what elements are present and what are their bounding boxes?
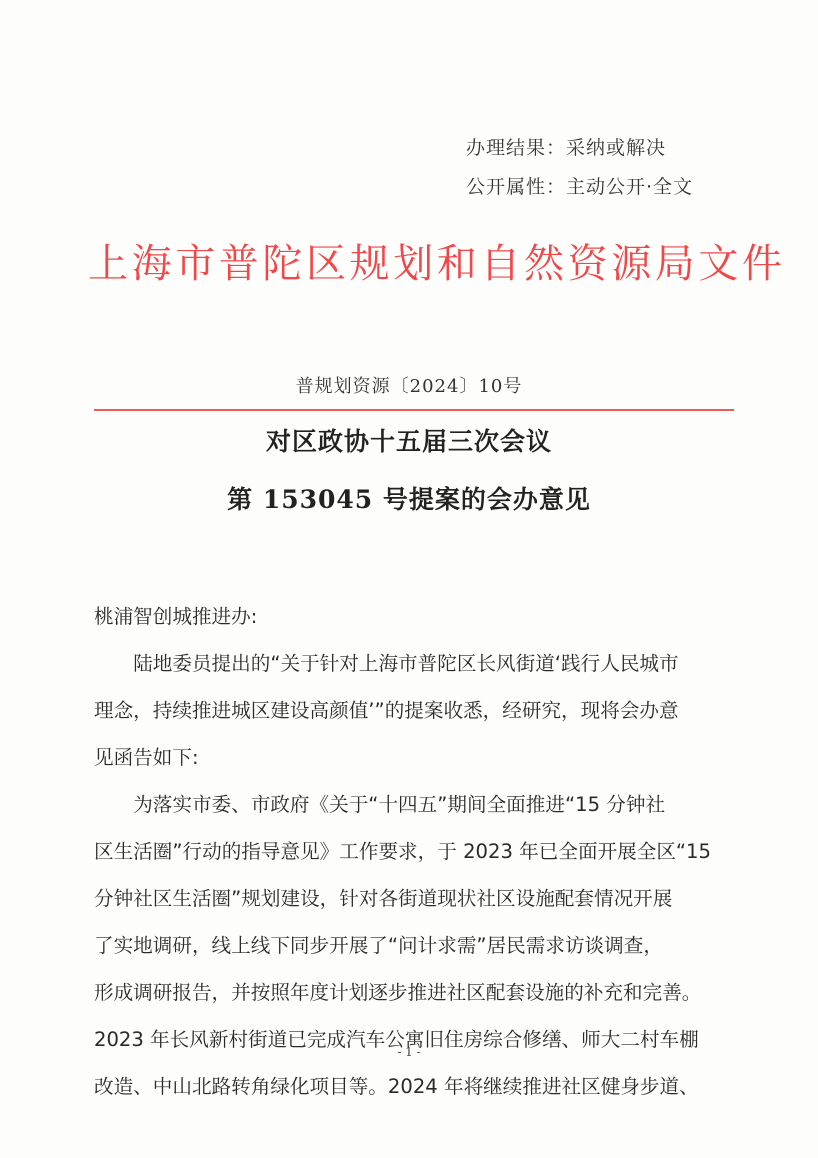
paragraph-line: 分钟社区生活圈”规划建设，针对各街道现状社区设施配套情况开展 <box>55 875 734 922</box>
paragraph-line: 形成调研报告，并按照年度计划逐步推进社区配套设施的补充和完善。 <box>55 969 734 1016</box>
handling-result-value: 采纳或解决 <box>566 137 666 159</box>
paragraph-line: 为落实市委、市政府《关于“十四五”期间全面推进“15 分钟社 <box>94 781 734 828</box>
document-title-line2: 第 153045 号提案的会办意见 <box>0 480 818 516</box>
disclosure-value: 主动公开·全文 <box>566 176 693 198</box>
paragraph-2: 为落实市委、市政府《关于“十四五”期间全面推进“15 分钟社 区生活圈”行动的指… <box>94 781 734 1110</box>
document-title-line1: 对区政协十五届三次会议 <box>0 422 818 458</box>
document-number: 普规划资源〔2024〕10号 <box>0 372 818 398</box>
addressee: 桃浦智创城推进办: <box>94 593 734 640</box>
red-separator-line <box>94 409 734 411</box>
disclosure-attribute: 公开属性：主动公开·全文 <box>466 172 693 199</box>
paragraph-1: 陆地委员提出的“关于针对上海市普陀区长风街道‘践行人民城市 理念，持续推进城区建… <box>94 640 734 781</box>
paragraph-line: 改造、中山北路转角绿化项目等。2024 年将继续推进社区健身步道、 <box>55 1063 734 1110</box>
paragraph-line: 见函告如下: <box>55 734 734 781</box>
handling-result: 办理结果：采纳或解决 <box>466 133 666 160</box>
masthead-title: 上海市普陀区规划和自然资源局文件 <box>88 232 748 289</box>
page-number: - 1 - <box>0 1045 818 1059</box>
paragraph-line: 了实地调研，线上线下同步开展了“问计求需”居民需求访谈调查， <box>55 922 734 969</box>
paragraph-line: 理念，持续推进城区建设高颜值’”的提案收悉，经研究，现将会办意 <box>55 687 734 734</box>
disclosure-label: 公开属性： <box>466 176 566 198</box>
document-body: 桃浦智创城推进办: 陆地委员提出的“关于针对上海市普陀区长风街道‘践行人民城市 … <box>94 593 734 1110</box>
paragraph-line: 陆地委员提出的“关于针对上海市普陀区长风街道‘践行人民城市 <box>94 640 734 687</box>
paragraph-line: 区生活圈”行动的指导意见》工作要求，于 2023 年已全面开展全区“15 <box>55 828 734 875</box>
handling-result-label: 办理结果： <box>466 137 566 159</box>
